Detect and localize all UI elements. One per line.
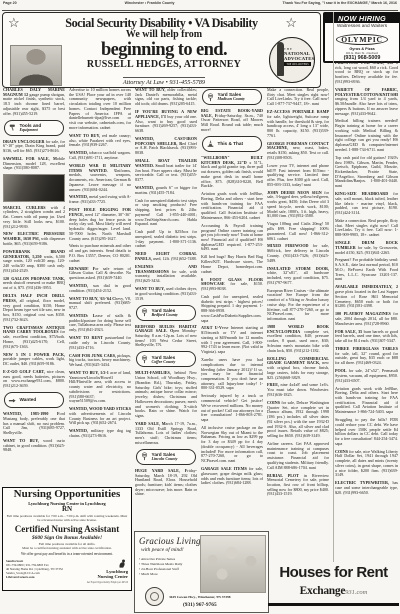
traffic-cone-icon xyxy=(206,139,215,148)
classified-ad: POST HOLE DIGGING FOR FENCE, need 12" di… xyxy=(69,208,131,241)
classified-ad: NEW 5 IN 1 POWER PACK, portable jumper c… xyxy=(3,353,65,367)
classified-ad: Make a connection. Real people, flirty c… xyxy=(267,88,329,107)
now-hiring-ad: NOW HIRING Waitresses and Waiters OLYMPI… xyxy=(323,12,400,63)
classified-ad: BIG ESTATE BOOK-YARD SALE, Friday-Saturd… xyxy=(201,109,263,133)
national-advocates-logo: THE NATIONAL ADVOCATES TOP 100 LAWYERS xyxy=(269,37,315,83)
classified-ad: Cash for unexpired diabetic test strips … xyxy=(135,199,197,227)
exchange-brand-suffix: 931.com xyxy=(345,589,367,596)
classified-ad: AT&T U-Verse Internet starting at $15/mo… xyxy=(201,326,263,354)
classified-ad: 120 GALLON PROPANE TANK, needs shutoff r… xyxy=(3,277,65,291)
attorney-name: RUSSELL HEDGES, ATTORNEY xyxy=(61,59,267,71)
classified-ad: FIREWOOD FOR SALE, $50 a rick, long cut … xyxy=(335,61,398,85)
classified-ad: WANTED, gourds 6" or bigger for martins.… xyxy=(135,186,197,195)
classified-ad: WANTED, sun dial in good condition. (931… xyxy=(69,284,131,293)
pointing-hand-icon xyxy=(8,396,17,405)
section-yard-sales-bedford: Yard SalesBedford County xyxy=(136,305,196,321)
nursing-rn-desc: Full time positions available for 7:00 a… xyxy=(6,514,128,523)
classified-ad: WANTED, CAST-IRON POPCORN SHELLER, Red C… xyxy=(135,137,197,156)
classified-ad: Accounting & Payroll training program! O… xyxy=(201,224,263,252)
classified-ad: HUGE YARD SALE, Friday-Saturday, March 1… xyxy=(135,469,197,497)
classified-ad: Struggling to pay the bills? FDR could r… xyxy=(335,418,398,446)
classified-ad: VARIETY OF FABRIC, POLYESTER/COTTON/KNIT… xyxy=(335,88,398,116)
classified-ad: NEED EIGHT CORRAL PANELS, used, 12ft. (9… xyxy=(135,252,197,261)
yard-sign-icon xyxy=(140,452,149,461)
section-tools-and-equipment: Tools andEquipment xyxy=(4,120,64,136)
banner-subtitle-large: beginning to end. xyxy=(61,41,267,60)
classified-ad: WORLD WAR II MILITARY ITEMS WANTED. Unif… xyxy=(69,164,131,192)
nursing-cna-desc2: Must be a certified nursing assistant wi… xyxy=(6,546,128,550)
classified-ad: "WELLBORN" BUILT KITCHEN DESK, 22"D x 51… xyxy=(201,156,263,189)
hammer-icon xyxy=(8,123,17,132)
logo-top100-band: TOP 100 LAWYERS xyxy=(284,62,311,66)
classified-ad: TWO CRAFTSMAN ANTIQUE HAND CARRY TOOLBOX… xyxy=(3,326,65,350)
classified-ad: Pregnant? For probable birthday send: S.… xyxy=(335,258,398,282)
classified-ad: SMALL BOAT TRAILER WANTED. Small boat tr… xyxy=(135,159,197,183)
classified-ad: GEORGE FOREMAN CONTACT MACHINE, new, roa… xyxy=(267,142,329,161)
section-label: Wanted xyxy=(20,397,37,402)
column-divider-rule xyxy=(333,12,334,562)
section-sublabel: Equipment xyxy=(20,128,42,132)
lynchburg-nursing-center-logo: Lynchburg Nursing Center xyxy=(98,558,129,580)
classified-column-5: Make a connection. Real people, flirty c… xyxy=(267,88,329,562)
section-sublabel: Madison County xyxy=(218,97,245,101)
classified-ad: Wants to purchase minerals and other oil… xyxy=(69,244,131,263)
page-number: Page 20 xyxy=(3,1,17,5)
classified-ad: Kill bed bugs! Buy Harris Bed Bug Killer… xyxy=(201,255,263,274)
classified-column-6: FIREWOOD FOR SALE, $50 a rick, long cut … xyxy=(335,61,398,562)
classified-ad: Aviation grads work with JetBlue, Boeing… xyxy=(201,192,263,220)
classified-ad: WANT TO BUY, older collectibles; Jack Da… xyxy=(135,88,197,107)
classified-ad: WANT TO BUY, '63-'64 Chevy, V8, manual s… xyxy=(69,297,131,311)
bottom-black-bar xyxy=(268,603,399,606)
classified-ad: MIXED FIREWOOD for sale, $60/rick, free … xyxy=(267,244,329,263)
classified-ad: 100 PLAYBOY MAGAZINES for sale, 2004 thr… xyxy=(335,312,398,326)
classified-ad: Cash paid! Up to $25/box for unexpired, … xyxy=(135,230,197,249)
page-slogan: Thank You For Saying, "I saw it in the E… xyxy=(282,1,397,5)
section-label: This & That xyxy=(218,141,244,146)
nursing-logo-line2: Nursing Center xyxy=(98,574,129,579)
gracious-title: Gracious Living... xyxy=(139,536,208,546)
gracious-bullet: • Much More xyxy=(139,572,199,577)
classified-ad: WANTED, tobacco scaffold wagons. Call, (… xyxy=(69,151,131,160)
page-header: Page 20 Winchester • Franklin County Tha… xyxy=(3,1,397,5)
classified-ad: POWERBANK BRAND GENERATOR, 5,250 watts, … xyxy=(3,250,65,274)
classified-column-1: CHARLES DALY MARINE MAGNUM 12 gauge pump… xyxy=(3,88,65,484)
classified-ad: COINS for sale, nice Walking Liberty Hal… xyxy=(335,450,398,478)
classified-ad: WANT TO BUY, red male canary; also, whit… xyxy=(69,134,131,148)
gracious-address: 3619 Cowan Hwy., Winchester, TN 37398 xyxy=(169,595,231,599)
yard-sign-icon xyxy=(206,93,215,102)
classified-ad: European River Cruises - the ultimate va… xyxy=(267,289,329,322)
classified-ad: Viagra 100mg and Cialis 20mg! 50 pills $… xyxy=(267,222,329,241)
classified-ad: Make a connection. Real people, flirty c… xyxy=(335,219,398,238)
classified-ad: ENGINES AND TRANSMISSIONS for sale, with… xyxy=(135,265,197,284)
classified-ad: DELTA HALF INCH DRILL PRESS, all origina… xyxy=(3,294,65,322)
classified-column-2: Advertise to 10 million homes across the… xyxy=(69,88,131,484)
classified-ad: ROLLING COMMERCIAL GRADE GARMENT RACK, n… xyxy=(267,357,329,381)
nursing-bonus: $600 Sign On Bonus Available! xyxy=(6,535,128,542)
banner-copy: We will help from beginning to end. RUSS… xyxy=(61,30,267,89)
classified-ad: SAWMILL FOR SALE, Mobile Dimension, mode… xyxy=(3,157,65,171)
lady-justice-icon xyxy=(277,42,284,76)
classified-ad: YARD SALE, March 17-19, 7a.m., 1333 Old … xyxy=(135,422,197,446)
section-this-and-that: This & That xyxy=(202,136,262,152)
classified-ad: WANT TO BUY, 1/2-1 acre of land, Yanntow… xyxy=(69,371,131,404)
nursing-eoe-note: An Equal Opportunity Employer 49510 xyxy=(6,581,128,584)
classified-ad: WANT TO BUY, used clothes dryer, in good… xyxy=(135,287,197,301)
classified-ad: Top cash paid for old guitars! 1920's th… xyxy=(335,156,398,189)
olympic-brand: OLYMPIC xyxy=(336,34,388,45)
exchange-brand: Exchange xyxy=(300,585,346,597)
yard-sign-icon xyxy=(140,355,149,364)
classified-ad: SINGLE DRUM ROCK TUMBLER for sale, by Gr… xyxy=(335,241,398,255)
classified-ad: Advertise to 10 million homes across the… xyxy=(69,88,131,131)
classified-ad: ELECTRIC TYPEWRITER, has case and some i… xyxy=(335,481,398,495)
classified-ad: EZ-ACCESS PORTABLE RAMP for sale, lightw… xyxy=(267,110,329,138)
classified-ad: Seriously injured by a truck or commerci… xyxy=(201,394,263,422)
classified-ad: FOR SALE, 35 burn barrels or good feed b… xyxy=(335,330,398,344)
houses-for-rent-promo: Houses for Rent Exchange931.com xyxy=(268,565,399,598)
attorney-tagline: Attorney At Law • 931-455-5789 xyxy=(123,77,205,87)
classified-ad: Aviation grads work with JetBlue, Boeing… xyxy=(335,387,398,415)
classified-ad: CHARLES DALY MARINE MAGNUM 12 gauge pump… xyxy=(3,88,65,116)
classified-ad: WANTED, 1983-1990 Ford Mustang body, pre… xyxy=(3,412,65,436)
classified-ad: KING-SIZE HEADBOARD for sale, wall mount… xyxy=(335,192,398,216)
classified-ad: INSULATED STORM DOOR, white, 32"x81", al… xyxy=(267,267,329,286)
classified-ad: All inclusive cruise package on the Norw… xyxy=(201,426,263,464)
classified-ad: BURIAL PLOT in Riverview Memorial Cemete… xyxy=(267,474,329,498)
section-yard-sales-madison: Yard SalesMadison County xyxy=(202,89,262,105)
classified-ad: WANTED, WOOD YARD STICKS with advertisem… xyxy=(69,407,131,426)
classified-column-4: Yard SalesMadison CountyBIG ESTATE BOOK-… xyxy=(201,88,263,528)
attorney-portrait-photo xyxy=(10,45,62,86)
classified-ad: WANT TO RENT pastureland for cattle only… xyxy=(69,336,131,350)
classified-ad: WANTED, metal yard swing with A-frame. (… xyxy=(69,195,131,204)
classified-ad: 1988 WORLD BOOK ENCYCLOPEDIA complete se… xyxy=(267,325,329,353)
classified-ad: THREE FIBERGLASS TABLES for sale, tall, … xyxy=(335,347,398,366)
classified-ad: DRAIN UNCLOGGER for sale, for 6"-10" pip… xyxy=(3,140,65,154)
nursing-title: Nursing Opportunities xyxy=(6,489,128,501)
section-sublabel: Coffee County xyxy=(152,360,176,364)
classified-ad: CASH FOR JUNK CARS, pickups, big trucks,… xyxy=(69,354,131,368)
seniors-photo xyxy=(200,535,266,593)
gracious-phone: (931) 967-9765 xyxy=(183,602,217,608)
attorney-banner-ad: Social Security Disability • VA Disabili… xyxy=(2,12,321,88)
nursing-role-cna: Certified Nursing Assistant xyxy=(6,524,128,535)
classified-ad: WANT TO BUY, wood curio cabinet, in good… xyxy=(3,439,65,453)
classified-ad: POOL for sale, 24"x52", Permasalt System… xyxy=(335,369,398,383)
houses-title: Houses for Rent xyxy=(268,565,399,582)
classified-ad: FREE, nine 4x4x8' and some 1x6's. You mu… xyxy=(267,383,329,397)
section-yard-sales-coffee: Yard SalesCoffee County xyxy=(136,351,196,367)
nursing-opportunities-ad: Nursing Opportunities Lynchburg Nursing … xyxy=(2,487,132,591)
yard-sign-icon xyxy=(140,308,149,317)
section-wanted: Wanted xyxy=(4,392,64,408)
classified-ad: GARAGE SALE ITEMS for sale, glassware; g… xyxy=(201,467,263,486)
section-sublabel: Lincoln County xyxy=(152,457,178,461)
gracious-living-ad: Gracious Living... with peace of mind! •… xyxy=(134,531,269,613)
gracious-subtitle: with peace of mind! xyxy=(141,547,184,553)
classified-ad: IF YOU'RE BUYING A NEW APPLIANCE, I'll b… xyxy=(135,110,197,134)
classified-ad: Cash paid for unexpired, sealed diabetic… xyxy=(201,295,263,323)
newspaper-classifieds-page: Page 20 Winchester • Franklin County Tha… xyxy=(0,0,400,614)
section-yard-sales-lincoln: Yard SalesLincoln County xyxy=(136,449,196,465)
classified-ad: Lower your TV, internet and phone bill!!… xyxy=(267,164,329,188)
classified-ad: Medical billing trainers needed! Begin t… xyxy=(335,119,398,152)
classified-column-3: WANT TO BUY, older collectibles; Jack Da… xyxy=(135,88,197,528)
nursing-benefits: We offer great pay and benefits in a tea… xyxy=(6,552,128,556)
nursing-role-rn: RN xyxy=(6,506,128,514)
logo-advocates: ADVOCATES xyxy=(284,56,313,61)
nursing-contact-web: LifeCareCareers.com xyxy=(6,575,63,579)
star-icon xyxy=(8,16,20,29)
classified-ad: Xarelto users have you had complications… xyxy=(201,358,263,391)
classified-ad: JOHN DEERE NEON SIGN for sale, 3-legged … xyxy=(267,191,329,219)
retirement-home-seal-logo xyxy=(145,587,164,606)
classified-ad: E-Z-GO GOLF CART, nice clean, runs good,… xyxy=(3,370,65,389)
classified-ad: WANTED, military type dog tag chains. (9… xyxy=(69,429,131,438)
section-sublabel: Bedford County xyxy=(152,313,178,317)
classified-ad: WANTED: Lease of stalls & paddock/pastur… xyxy=(69,314,131,333)
now-hiring-header: NOW HIRING xyxy=(325,14,399,23)
classified-ad: MULTI-FAMILIES, behind New Union School,… xyxy=(135,371,197,418)
classified-ad: COINS for sale, Deluxe Washington Quarte… xyxy=(267,401,329,439)
classified-ad: BEDFORD BUILDS HABITAT GARAGE SALE. Open… xyxy=(135,325,197,349)
banner-subtitle-small: We will help from xyxy=(61,30,267,41)
classified-ad: 6 FOOT GLASS FLOOR SHOWCASE for sale, $1… xyxy=(201,278,263,292)
classified-ad: AVAILABLE IMMEDIATELY, 2 grave plots loc… xyxy=(335,285,398,309)
classified-ad: REWARD! For safe return of Gibson Guitar… xyxy=(69,267,131,281)
marcel-curlers-photo xyxy=(3,174,65,202)
header-rule xyxy=(2,10,398,11)
classified-ad: NEW ELECTRIC PRESSURE WASHER, 1650 PSI, … xyxy=(3,232,65,246)
classified-ad: MARCEL CURLERS with 4 cylinders, 2 strai… xyxy=(3,206,65,230)
classified-ad: Airline careers. Get FAA approved mainte… xyxy=(267,442,329,470)
edition-label: Winchester • Franklin County xyxy=(125,1,175,5)
